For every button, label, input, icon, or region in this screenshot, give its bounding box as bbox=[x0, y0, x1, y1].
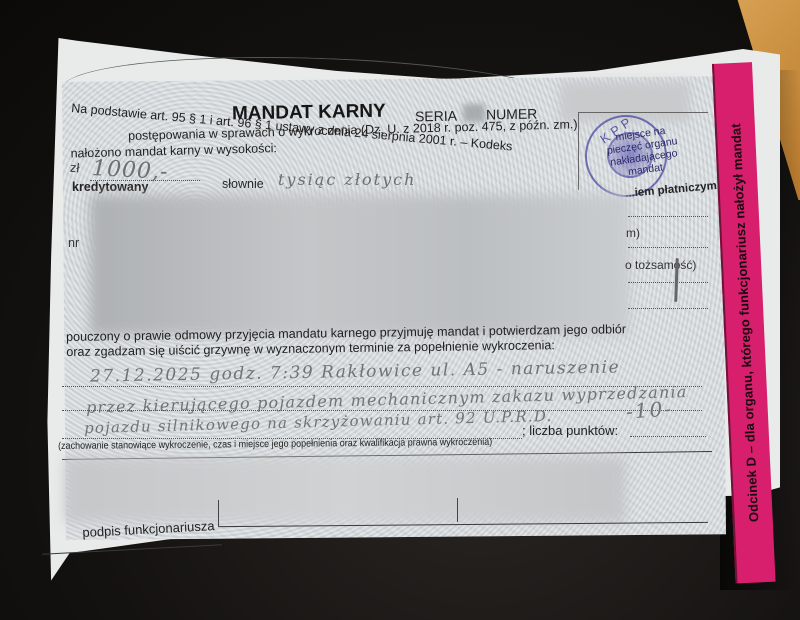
dotted-line bbox=[628, 247, 708, 248]
field-m-label: m) bbox=[626, 226, 640, 240]
personal-data-redacted bbox=[90, 195, 630, 335]
signature-area-redacted bbox=[65, 458, 625, 522]
dotted-line bbox=[630, 436, 706, 437]
dotted-line bbox=[628, 282, 708, 283]
divider bbox=[218, 500, 219, 526]
in-words-label: słownie bbox=[222, 177, 264, 191]
nr-label: nr bbox=[68, 236, 79, 250]
divider bbox=[457, 498, 458, 522]
dotted-line bbox=[628, 308, 708, 309]
dotted-line bbox=[628, 216, 708, 217]
points-value: -10- bbox=[625, 396, 674, 423]
side-strip-text: Odcinek D – dla organu, którego funkcjon… bbox=[728, 123, 761, 522]
points-label: ; liczba punktów: bbox=[522, 423, 618, 438]
credited-label: kredytowany bbox=[72, 180, 148, 194]
currency-label: zł bbox=[69, 160, 80, 176]
identity-label: o tożsamość) bbox=[625, 258, 696, 272]
in-words-value: tysiąc złotych bbox=[278, 170, 416, 189]
